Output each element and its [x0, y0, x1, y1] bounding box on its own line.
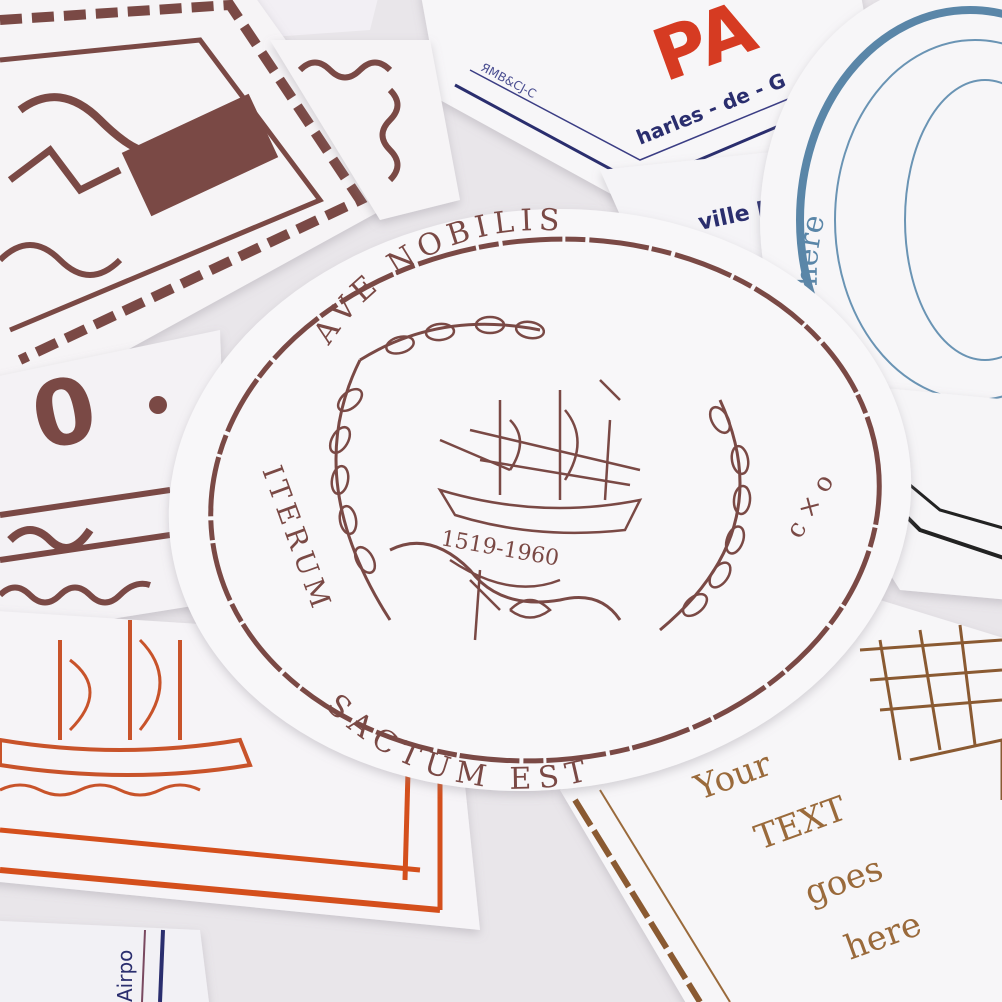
sticker-photo: PA harles - de - G ЯMB&CJ-C ville In 0: [0, 0, 1002, 1002]
airport-text: Airpo: [113, 950, 137, 1002]
airport-sticker: Airpo: [0, 920, 210, 1002]
